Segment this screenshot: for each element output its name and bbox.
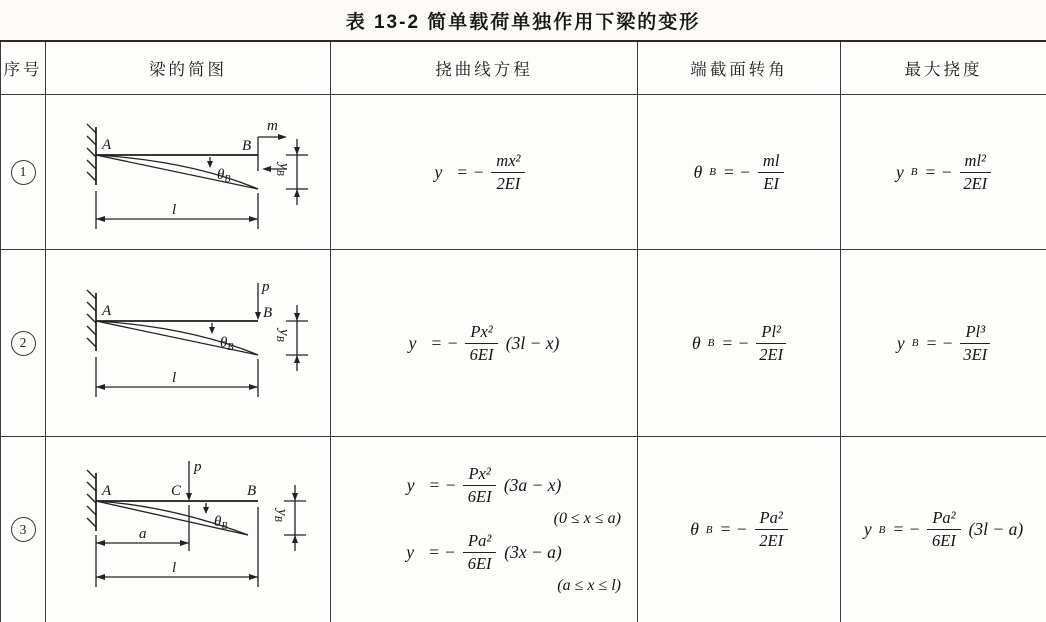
header-row: 序号 梁的简图 挠曲线方程 端截面转角 最大挠度 [1, 41, 1046, 95]
fixed-wall [87, 470, 96, 531]
label-yB: yB [274, 327, 292, 342]
theta-angle-mark [207, 157, 213, 168]
beam-diagram-mid-load: A C B p θB yB a l [46, 445, 331, 615]
serial-badge: 2 [11, 331, 36, 356]
fixed-wall [87, 124, 96, 185]
label-B: B [247, 483, 256, 499]
theta-formula: θB = − Pl²2EI [692, 322, 786, 365]
load-arrow [186, 461, 192, 501]
yb-dimension [286, 139, 308, 205]
label-span-l: l [172, 370, 176, 386]
length-dimension [96, 191, 258, 229]
label-A: A [101, 303, 112, 319]
theta-cell-3: θB = − Pa²2EI [638, 437, 841, 622]
ymax-formula: yB = − Pl³3EI [897, 322, 990, 365]
label-A: A [101, 483, 112, 499]
label-theta-B: θB [214, 514, 227, 532]
serial-badge: 3 [11, 517, 36, 542]
label-theta-B: θB [220, 335, 233, 353]
fixed-wall [87, 290, 96, 351]
header-beam-diagram: 梁的简图 [46, 41, 331, 95]
ymax-cell-1: yB = − ml²2EI [841, 95, 1046, 250]
yb-dimension [286, 305, 308, 371]
serial-cell-1: 1 [1, 95, 46, 250]
beam-and-deflection [96, 501, 258, 535]
diagram-cell-2: A B p θB yB l [46, 250, 331, 437]
serial-cell-3: 3 [1, 437, 46, 622]
deflection-cell-1: y = − mx²2EI [331, 95, 638, 250]
length-dimension [96, 357, 258, 397]
deflection-formula-1: y = − Px²6EI (3a − x) [407, 464, 562, 507]
label-B: B [263, 305, 272, 321]
yb-dimension [284, 485, 306, 551]
label-yB: yB [274, 161, 292, 176]
label-C: C [171, 483, 182, 499]
deflection-formula-2: y = − Pa²6EI (3x − a) [406, 531, 562, 574]
beam-and-deflection [96, 155, 258, 189]
table-row: 1 [1, 95, 1046, 250]
condition-1: (0 ≤ x ≤ a) [335, 510, 633, 528]
label-load-p: p [193, 459, 202, 475]
label-theta-B: θB [217, 167, 230, 185]
table-title: 表 13-2 简单载荷单独作用下梁的变形 [0, 0, 1046, 40]
ymax-cell-3: yB = − Pa²6EI (3l − a) [841, 437, 1046, 622]
load-arrow [255, 283, 261, 320]
table-row: 2 [1, 250, 1046, 437]
condition-2: (a ≤ x ≤ l) [335, 577, 633, 595]
piecewise-deflection: y = − Px²6EI (3a − x) (0 ≤ x ≤ a) y = − … [331, 458, 637, 600]
beam-deflection-table: 序号 梁的简图 挠曲线方程 端截面转角 最大挠度 1 [0, 40, 1046, 622]
label-load-p: p [261, 279, 270, 295]
deflection-cell-3: y = − Px²6EI (3a − x) (0 ≤ x ≤ a) y = − … [331, 437, 638, 622]
ymax-cell-2: yB = − Pl³3EI [841, 250, 1046, 437]
label-A: A [101, 137, 112, 153]
header-end-rotation: 端截面转角 [638, 41, 841, 95]
serial-cell-2: 2 [1, 250, 46, 437]
theta-formula: θB = − mlEI [694, 151, 785, 194]
deflection-formula: y = − Px²6EI (3l − x) [409, 322, 560, 365]
label-B: B [242, 138, 251, 154]
theta-cell-2: θB = − Pl²2EI [638, 250, 841, 437]
header-serial: 序号 [1, 41, 46, 95]
label-dim-a: a [139, 526, 147, 542]
theta-formula: θB = − Pa²2EI [690, 508, 788, 551]
label-yB: yB [272, 507, 290, 522]
header-deflection-equation: 挠曲线方程 [331, 41, 638, 95]
theta-angle-mark [209, 323, 215, 334]
deflection-cell-2: y = − Px²6EI (3l − x) [331, 250, 638, 437]
beam-diagram-end-load: A B p θB yB l [46, 259, 331, 427]
ymax-formula: yB = − Pa²6EI (3l − a) [864, 508, 1023, 551]
header-max-deflection: 最大挠度 [841, 41, 1046, 95]
ymax-formula: yB = − ml²2EI [896, 151, 991, 194]
label-load-m: m [267, 118, 278, 134]
theta-cell-1: θB = − mlEI [638, 95, 841, 250]
label-span-l: l [172, 202, 176, 218]
serial-badge: 1 [11, 160, 36, 185]
diagram-cell-1: A B m θB yB l [46, 95, 331, 250]
deflection-formula: y = − mx²2EI [435, 151, 534, 194]
beam-and-deflection [96, 321, 258, 355]
diagram-cell-3: A C B p θB yB a l [46, 437, 331, 622]
label-span-l: l [172, 560, 176, 576]
theta-angle-mark [203, 503, 209, 514]
table-row: 3 [1, 437, 1046, 622]
beam-diagram-moment: A B m θB yB l [46, 97, 331, 247]
